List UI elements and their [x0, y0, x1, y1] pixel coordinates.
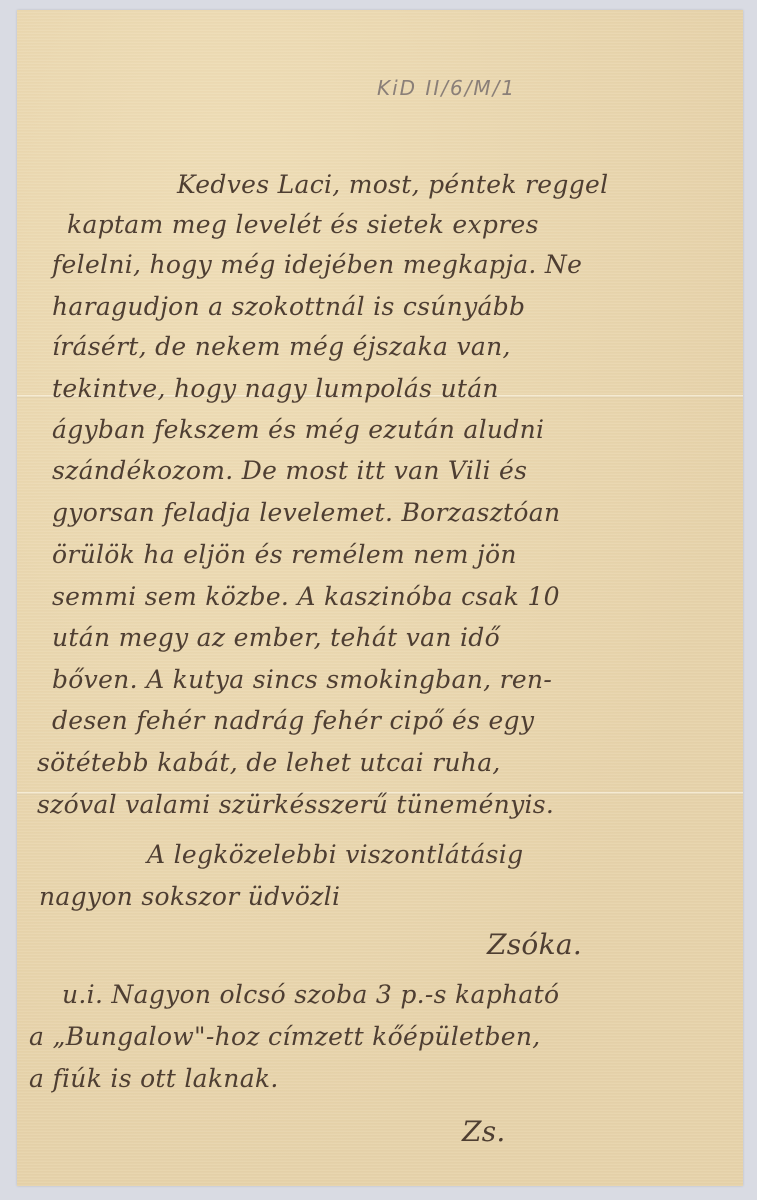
- letter-line: ágyban fekszem és még ezután aludni: [52, 415, 544, 444]
- letter-line: örülök ha eljön és remélem nem jön: [52, 540, 517, 569]
- signature: Zsóka.: [487, 928, 582, 961]
- letter-line: írásért, de nekem még éjszaka van,: [52, 332, 511, 361]
- letter-line: bőven. A kutya sincs smokingban, ren-: [52, 665, 552, 694]
- letter-line: után megy az ember, tehát van idő: [52, 623, 500, 652]
- letter-line: tekintve, hogy nagy lumpolás után: [52, 374, 499, 403]
- letter-line: szándékozom. De most itt van Vili és: [52, 456, 527, 485]
- closing-line: nagyon sokszor üdvözli: [39, 882, 340, 911]
- closing-line: A legközelebbi viszontlátásig: [147, 840, 523, 869]
- postscript-line: a „Bungalow"-hoz címzett kőépületben,: [29, 1022, 541, 1051]
- letter-line: felelni, hogy még idejében megkapja. Ne: [52, 250, 582, 279]
- letter-line: Kedves Laci, most, péntek reggel: [177, 170, 608, 199]
- letter-line: sötétebb kabát, de lehet utcai ruha,: [37, 748, 501, 777]
- letter-line: semmi sem közbe. A kaszinóba csak 10: [52, 582, 560, 611]
- archive-reference: KiD II/6/M/1: [377, 76, 516, 100]
- letter-line: haragudjon a szokottnál is csúnyább: [52, 292, 525, 321]
- letter-line: desen fehér nadrág fehér cipő és egy: [52, 706, 534, 735]
- letter-page: KiD II/6/M/1 Kedves Laci, most, péntek r…: [17, 10, 743, 1186]
- postscript-line: u.i. Nagyon olcsó szoba 3 p.-s kapható: [62, 980, 559, 1009]
- letter-line: gyorsan feladja levelemet. Borzasztóan: [52, 498, 560, 527]
- postscript-line: a fiúk is ott laknak.: [29, 1064, 279, 1093]
- postscript-signature: Zs.: [462, 1115, 506, 1148]
- letter-line: szóval valami szürkésszerű tüneményis.: [37, 790, 554, 819]
- letter-line: kaptam meg levelét és sietek expres: [67, 210, 539, 239]
